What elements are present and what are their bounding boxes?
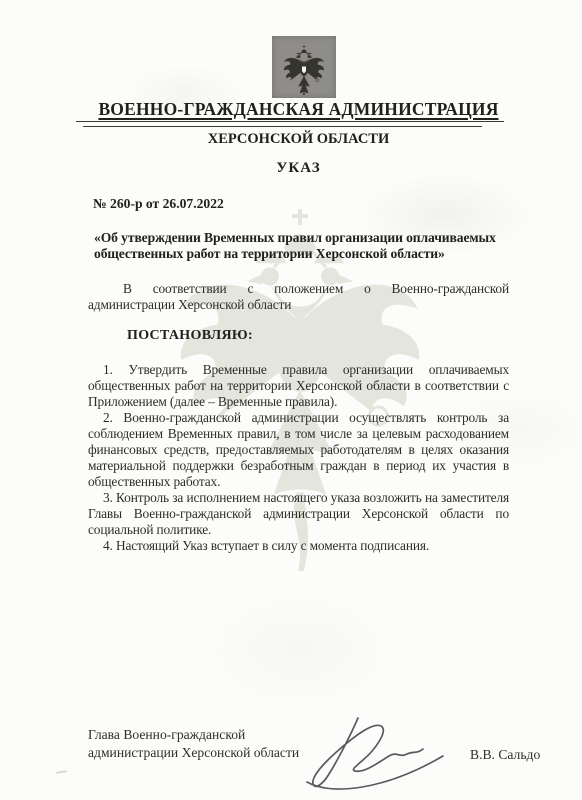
decree-item-3: 3. Контроль за исполнением настоящего ук…: [88, 490, 509, 538]
decree-item-1: 1. Утвердить Временные правила организац…: [88, 362, 509, 410]
header-rule-top: [76, 121, 504, 122]
document-subject: «Об утверждении Временных правил организ…: [94, 230, 508, 262]
handwritten-signature: [300, 710, 452, 792]
coat-of-arms-emblem: [272, 36, 336, 98]
decree-item-2: 2. Военно-гражданской администрации осущ…: [88, 410, 509, 490]
preamble: В соответствии с положением о Военно-гра…: [88, 281, 509, 313]
region-name: ХЕРСОНСКОЙ ОБЛАСТИ: [88, 131, 509, 148]
coat-of-arms-icon: [282, 39, 326, 95]
decree-items: 1. Утвердить Временные правила организац…: [88, 362, 509, 554]
scanned-decree-page: ВОЕННО-ГРАЖДАНСКАЯ АДМИНИСТРАЦИЯ ХЕРСОНС…: [0, 0, 582, 800]
resolution-keyword: ПОСТАНОВЛЯЮ:: [127, 328, 253, 344]
decree-item-4: 4. Настоящий Указ вступает в силу с моме…: [88, 538, 509, 554]
document-number-date: № 260-р от 26.07.2022: [93, 196, 224, 212]
organization-name: ВОЕННО-ГРАЖДАНСКАЯ АДМИНИСТРАЦИЯ: [88, 99, 509, 120]
scan-artifact-mark: [56, 770, 67, 774]
header-rule-bottom: [83, 126, 482, 127]
document-type-title: УКАЗ: [88, 160, 509, 177]
signatory-name: В.В. Сальдо: [470, 747, 540, 763]
